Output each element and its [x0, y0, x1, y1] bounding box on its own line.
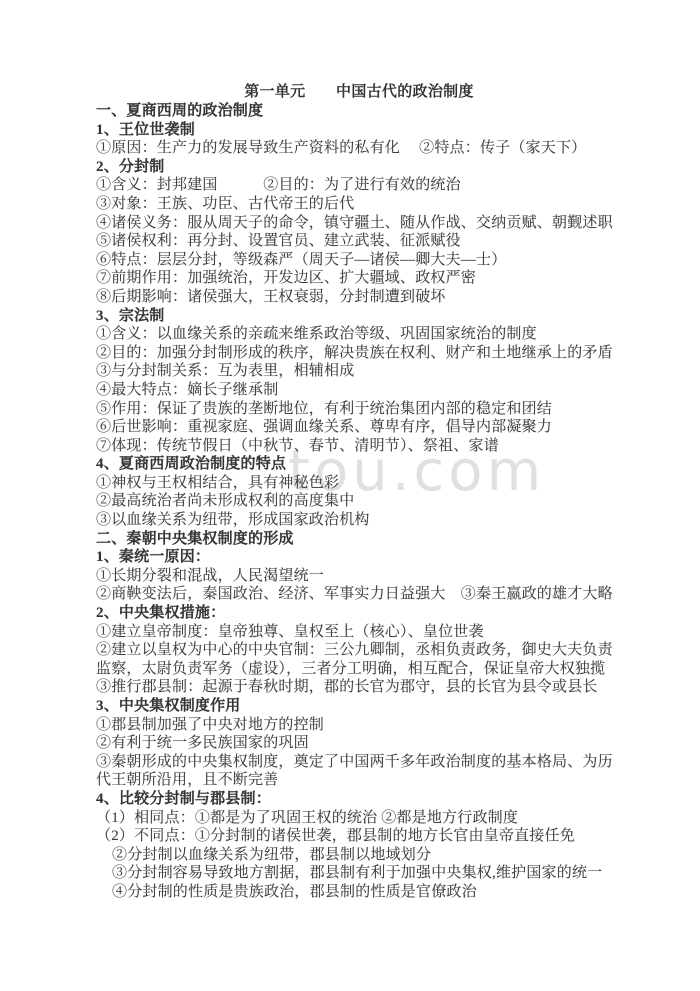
text-line: ②建立以皇权为中心的中央官制：三公九卿制，丞相负责政务，御史大夫负责 [96, 641, 622, 660]
text-line: ③与分封制关系：互为表里，相辅相成 [96, 362, 622, 381]
text-line: ①建立皇帝制度：皇帝独尊、皇权至上（核心）、皇位世袭 [96, 623, 622, 642]
text-line: ⑥后世影响：重视家庭、强调血缘关系、尊卑有序，倡导内部凝聚力 [96, 418, 622, 437]
text-line: 1、王位世袭制 [96, 121, 622, 140]
text-line: ②有利于统一多民族国家的巩固 [96, 734, 622, 753]
text-line: ④最大特点：嫡长子继承制 [96, 381, 622, 400]
text-line: ③分封制容易导致地方割据，郡县制有利于加强中央集权,维护国家的统一 [96, 864, 622, 883]
text-line: 4、比较分封制与郡县制： [96, 790, 622, 809]
text-line: （1）相同点：①都是为了巩固王权的统治 ②都是地方行政制度 [96, 809, 622, 828]
text-line: ⑤诸侯权利：再分封、设置官员、建立武装、征派赋役 [96, 232, 622, 251]
text-line: ①神权与王权相结合，具有神秘色彩 [96, 474, 622, 493]
text-line: 监察，太尉负责军务（虚设），三者分工明确，相互配合，保证皇帝大权独揽 [96, 660, 622, 679]
document-content: 第一单元 中国古代的政治制度 一、夏商西周的政治制度 1、王位世袭制 ①原因：生… [96, 83, 622, 902]
text-line: 2、分封制 [96, 158, 622, 177]
text-line: ①含义：以血缘关系的亲疏来维系政治等级、巩固国家统治的制度 [96, 325, 622, 344]
text-line: ④诸侯义务：服从周天子的命令，镇守疆土、随从作战、交纳贡赋、朝觐述职 [96, 214, 622, 233]
text-line: ①含义：封邦建国 ②目的：为了进行有效的统治 [96, 176, 622, 195]
text-line: 二、秦朝中央集权制度的形成 [96, 530, 622, 549]
text-line: （2）不同点：①分封制的诸侯世袭，郡县制的地方长官由皇帝直接任免 [96, 827, 622, 846]
text-line: ③以血缘关系为纽带，形成国家政治机构 [96, 511, 622, 530]
text-line: 3、中央集权制度作用 [96, 697, 622, 716]
document-page: tou.com 第一单元 中国古代的政治制度 一、夏商西周的政治制度 1、王位世… [0, 0, 700, 991]
text-line: ①郡县制加强了中央对地方的控制 [96, 716, 622, 735]
text-line: ②分封制以血缘关系为纽带，郡县制以地域划分 [96, 846, 622, 865]
text-line: 2、中央集权措施： [96, 604, 622, 623]
text-line: ②最高统治者尚未形成权利的高度集中 [96, 492, 622, 511]
text-line: ①长期分裂和混战，人民渴望统一 [96, 567, 622, 586]
text-line: ⑧后期影响：诸侯强大，王权衰弱，分封制遭到破坏 [96, 288, 622, 307]
text-line: 代王朝所沿用，且不断完善 [96, 771, 622, 790]
text-line: ①原因：生产力的发展导致生产资料的私有化 ②特点：传子（家天下） [96, 139, 622, 158]
text-line: ③秦朝形成的中央集权制度，奠定了中国两千多年政治制度的基本格局、为历 [96, 753, 622, 772]
text-line: ③对象：王族、功臣、古代帝王的后代 [96, 195, 622, 214]
text-line: ⑥特点：层层分封，等级森严（周天子—诸侯—卿大夫—士） [96, 251, 622, 270]
document-title: 第一单元 中国古代的政治制度 [96, 83, 622, 102]
text-line: ⑦体现：传统节假日（中秋节、春节、清明节）、祭祖、家谱 [96, 437, 622, 456]
text-line: 一、夏商西周的政治制度 [96, 102, 622, 121]
text-line: 3、宗法制 [96, 307, 622, 326]
text-line: 4、夏商西周政治制度的特点 [96, 455, 622, 474]
text-line: ②目的：加强分封制形成的秩序，解决贵族在权利、财产和土地继承上的矛盾 [96, 344, 622, 363]
text-line: 1、秦统一原因： [96, 548, 622, 567]
text-line: ⑦前期作用：加强统治，开发边区、扩大疆域、政权严密 [96, 269, 622, 288]
text-line: ④分封制的性质是贵族政治，郡县制的性质是官僚政治 [96, 883, 622, 902]
text-line: ⑤作用：保证了贵族的垄断地位，有利于统治集团内部的稳定和团结 [96, 400, 622, 419]
text-line: ②商鞅变法后，秦国政治、经济、军事实力日益强大 ③秦王嬴政的雄才大略 [96, 585, 622, 604]
text-line: ③推行郡县制：起源于春秋时期，郡的长官为郡守，县的长官为县令或县长 [96, 678, 622, 697]
